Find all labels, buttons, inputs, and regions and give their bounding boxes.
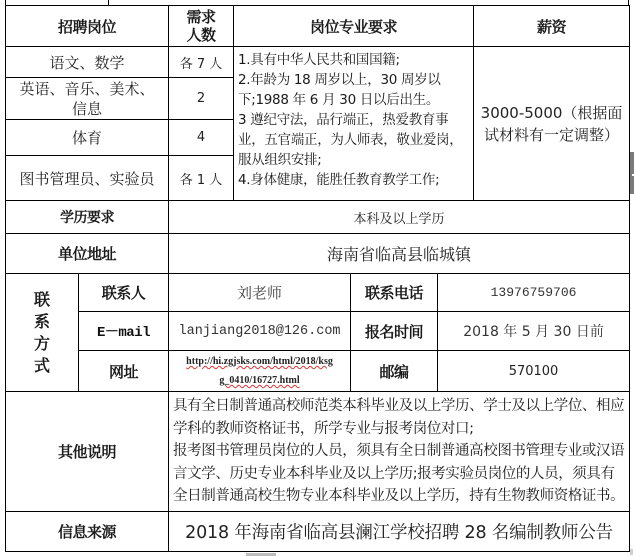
requirement-line: 1.具有中华人民共和国国籍; [238,50,470,70]
contact-row: 网址 http://hi.zgjsks.com/html/2018/ksg g_… [6,351,630,392]
position-count: 4 [169,120,234,156]
address-row: 单位地址 海南省临高县临城镇 [6,234,630,274]
email-label: E－mail [79,312,169,351]
contact-group-char: 式 [6,355,78,377]
contact-row: 联 系 方 式 联系人 刘老师 联系电话 13976759706 [6,274,630,312]
position-row: 语文、数学 各 7 人 1.具有中华人民共和国国籍; 2.年龄为 18 周岁以上… [6,47,630,78]
position-name-line2: 信息 [72,100,102,118]
position-name-line1: 英语、音乐、美术、 [20,80,155,98]
contact-group-char: 系 [6,311,78,333]
header-count: 需求 人数 [169,6,234,47]
vertical-scrollbar-thumb[interactable] [630,152,634,194]
requirement-line: 服从组织安排; [238,150,470,170]
salary-line1: 3000-5000（根据面 [481,104,623,122]
position-name: 英语、音乐、美术、 信息 [6,78,169,120]
education-label: 学历要求 [6,201,169,234]
header-position: 招聘岗位 [6,6,169,47]
other-notes-line: 言文学、历史专业本科毕业及以上学历;报考实验员岗位的人员，须具有 [173,463,627,486]
header-row: 招聘岗位 需求 人数 岗位专业要求 薪资 [6,6,630,47]
requirement-line: 2.年龄为 18 周岁以上，30 周岁以 [238,70,470,90]
contact-person-label: 联系人 [79,274,169,312]
position-count: 各 1 人 [169,156,234,201]
postcode-value: 570100 [438,351,630,392]
requirements-cell: 1.具有中华人民共和国国籍; 2.年龄为 18 周岁以上，30 周岁以 下;19… [234,47,474,201]
other-notes-line: 具有全日制普通高校师范类本科毕业及以上学历、学士及以上学位、相应 [173,395,627,418]
website-label: 网址 [79,351,169,392]
position-count: 各 7 人 [169,47,234,78]
header-salary: 薪资 [474,6,630,47]
requirement-line: 业，五官端正，为人师表，敬业爱岗， [238,130,470,150]
other-notes-line: 学科的教师资格证书，所学专业与报考岗位对口; [173,418,627,441]
website-line1[interactable]: http://hi.zgjsks.com/html/2018/ksg [186,356,333,367]
position-name: 体育 [6,120,169,156]
other-notes-line: 全日制普通高校生物专业本科毕业及以上学历，持有生物教师资格证书。 [173,485,627,508]
requirement-line: 4.身体健康，能胜任教育教学工作; [238,170,470,190]
position-name: 语文、数学 [6,47,169,78]
phone-label: 联系电话 [351,274,438,312]
contact-person-value: 刘老师 [169,274,351,312]
salary-line2: 试材料有一定调整） [484,126,619,144]
deadline-value: 2018 年 5 月 30 日前 [438,312,630,351]
other-notes-row: 其他说明 具有全日制普通高校师范类本科毕业及以上学历、学士及以上学位、相应 学科… [6,392,630,512]
contact-group-char: 联 [6,289,78,311]
other-notes-value: 具有全日制普通高校师范类本科毕业及以上学历、学士及以上学位、相应 学科的教师资格… [169,392,630,512]
postcode-label: 邮编 [351,351,438,392]
contact-group-char: 方 [6,333,78,355]
requirement-line: 下;1988 年 6 月 30 日以后出生。 [238,90,470,110]
contact-row: E－mail lanjiang2018@126.com 报名时间 2018 年 … [6,312,630,351]
education-value: 本科及以上学历 [169,201,630,234]
horizontal-scrollbar-thumb[interactable] [246,553,276,556]
recruitment-table: 招聘岗位 需求 人数 岗位专业要求 薪资 语文、数学 各 7 人 1.具有中华人… [5,5,630,552]
education-row: 学历要求 本科及以上学历 [6,201,630,234]
contact-group-label: 联 系 方 式 [6,274,79,392]
scroll-corner [630,549,633,555]
other-notes-line: 报考图书管理员岗位的人员，须具有全日制普通高校图书管理专业或汉语 [173,440,627,463]
other-notes-label: 其他说明 [6,392,169,512]
website-line2[interactable]: g_0410/16727.html [219,375,299,386]
source-row: 信息来源 2018 年海南省临高县澜江学校招聘 28 名编制教师公告 [6,512,630,552]
requirement-line: 3 遵纪守法，品行端正，热爱教育事 [238,110,470,130]
header-count-line2: 人数 [187,26,216,44]
address-label: 单位地址 [6,234,169,274]
source-value: 2018 年海南省临高县澜江学校招聘 28 名编制教师公告 [169,512,630,552]
header-count-line1: 需求 [187,8,216,26]
phone-value: 13976759706 [438,274,630,312]
position-count: 2 [169,78,234,120]
source-label: 信息来源 [6,512,169,552]
deadline-label: 报名时间 [351,312,438,351]
address-value: 海南省临高县临城镇 [169,234,630,274]
salary-cell: 3000-5000（根据面 试材料有一定调整） [474,47,630,201]
header-requirements: 岗位专业要求 [234,6,474,47]
email-value[interactable]: lanjiang2018@126.com [169,312,351,351]
website-value[interactable]: http://hi.zgjsks.com/html/2018/ksg g_041… [169,351,351,392]
position-name: 图书管理员、实验员 [6,156,169,201]
